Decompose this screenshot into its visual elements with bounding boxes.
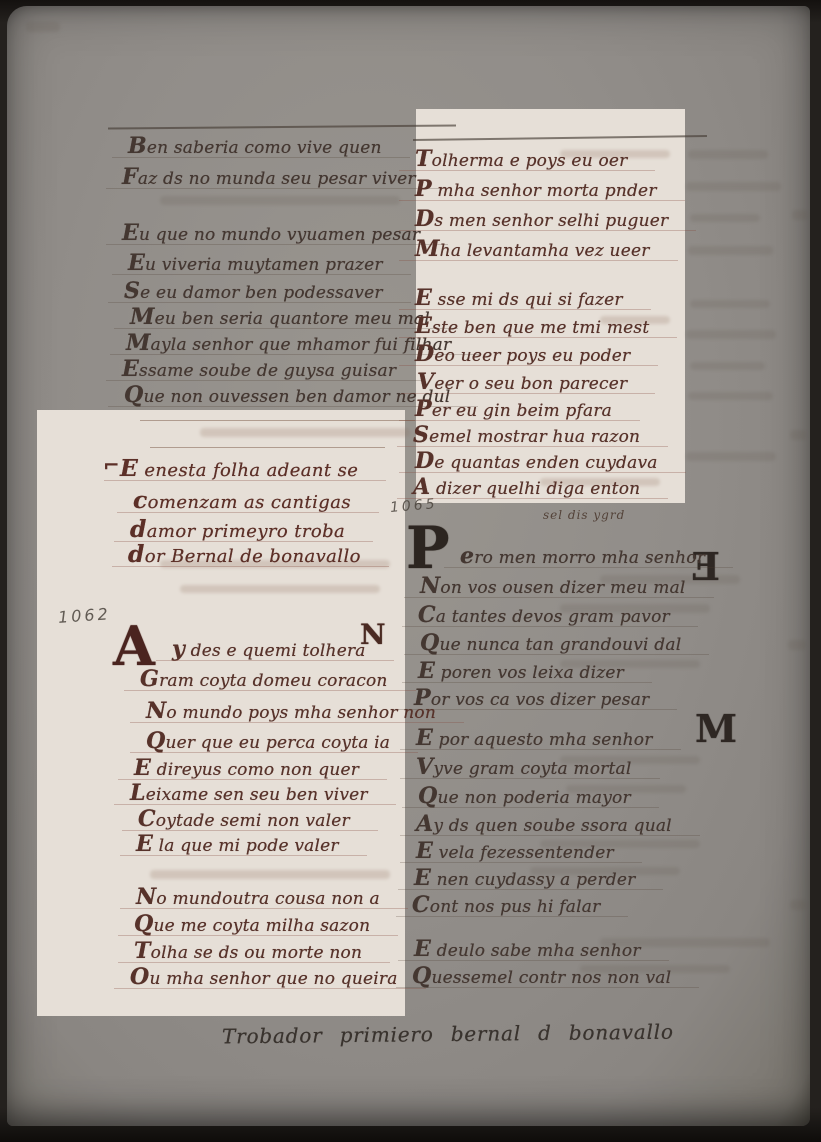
verse-line: E la que mi pode valer: [136, 831, 339, 857]
show-through-mark: [690, 362, 765, 370]
verse-line: Por vos ca vos dizer pesar: [414, 685, 649, 711]
verse-line: y des e quemi tolhera: [172, 636, 366, 662]
verse-line: Mayla senhor que mhamor fui filhar: [126, 330, 451, 356]
show-through-mark: [160, 196, 400, 205]
manuscript-photo: Ben saberia como vive quen Faz ds no mun…: [0, 0, 821, 1142]
rubric-line: E enesta folha adeant se: [120, 454, 358, 482]
verse-line: Non vos ousen dizer meu mal: [420, 573, 686, 599]
verse-line: Ben saberia como vive quen: [128, 133, 382, 159]
verse-line: Tolherma e poys eu oer: [415, 146, 627, 172]
verse-line: Se eu damor ben podessaver: [124, 278, 383, 304]
show-through-mark: [180, 585, 380, 593]
verse-line: Que non poderia mayor: [418, 783, 631, 809]
verse-line: Eu viveria muytamen prazer: [128, 250, 383, 276]
verse-line: Quer que eu perca coyta ia: [146, 728, 390, 754]
verse-line: De quantas enden cuydava: [415, 448, 658, 474]
verse-line: Eu que no mundo vyuamen pesar: [122, 220, 420, 246]
show-through-mark: [686, 330, 776, 339]
verse-line: Este ben que me tmi mest: [415, 313, 649, 339]
guide-letter-m: M: [695, 706, 737, 751]
show-through-mark: [686, 182, 781, 191]
marginal-number-1062: 1062: [57, 604, 111, 627]
verse-line: Que non ouvessen ben damor ne dul: [124, 382, 450, 408]
show-through-mark: [26, 22, 60, 32]
verse-line: E por aquesto mha senhor: [416, 725, 653, 751]
verse-line: E direyus como non quer: [134, 755, 359, 781]
rubric-line: damor primeyro troba: [130, 515, 345, 543]
verse-line: Que me coyta milha sazon: [134, 911, 370, 937]
verse-line: Leixame sen seu ben viver: [130, 780, 368, 806]
verse-line: Que nunca tan grandouvi dal: [420, 630, 681, 656]
ruling-line: [108, 124, 456, 129]
verse-line: Mha levantamha vez ueer: [415, 236, 650, 262]
verse-line: E sse mi ds qui si fazer: [415, 285, 623, 311]
paragraph-mark: ⌐: [103, 453, 120, 477]
verse-line: E poren vos leixa dizer: [418, 658, 624, 684]
verse-line: No mundoutra cousa non a: [136, 884, 380, 910]
verse-line: E deulo sabe mha senhor: [414, 936, 641, 962]
verse-line: Ds men senhor selhi puguer: [415, 206, 668, 232]
show-through-mark: [792, 210, 808, 220]
verse-line: Deo ueer poys eu poder: [415, 341, 630, 367]
verse-line: E nen cuydassy a perder: [414, 865, 635, 891]
verse-line: Per eu gin beim pfara: [415, 396, 612, 422]
bottom-annotation: Trobador primiero bernal d bonavallo: [222, 1020, 674, 1049]
verse-line: Essame soube de guysa guisar: [122, 356, 396, 382]
verse-line: Ca tantes devos gram pavor: [418, 602, 670, 628]
verse-line: ero men morro mha senhor: [460, 543, 705, 569]
manuscript-page: Ben saberia como vive quen Faz ds no mun…: [7, 6, 810, 1126]
show-through-mark: [690, 300, 770, 308]
show-through-mark: [788, 640, 806, 650]
verse-line: Gram coyta domeu coracon: [140, 666, 388, 692]
ruling-line: [140, 420, 415, 421]
verse-line: E vela fezessentender: [416, 838, 614, 864]
show-through-mark: [688, 150, 768, 159]
rubric-line: comenzam as cantigas: [133, 486, 351, 514]
verse-line: Veer o seu bon parecer: [417, 369, 627, 395]
verse-line: Ay ds quen soube ssora qual: [416, 811, 672, 837]
show-through-mark: [790, 430, 806, 440]
verse-line: Meu ben seria quantore meu mal: [130, 304, 430, 330]
verse-line: Ou mha senhor que no queira: [130, 964, 398, 990]
show-through-mark: [150, 870, 390, 879]
verse-line: Cont nos pus hi falar: [412, 892, 600, 918]
verse-line: Coytade semi non valer: [138, 806, 350, 832]
show-through-mark: [790, 900, 806, 910]
show-through-mark: [200, 428, 410, 437]
verse-line: Semel mostrar hua razon: [413, 422, 640, 448]
drop-cap-a: A: [113, 622, 155, 671]
ruling-line: [150, 447, 385, 448]
show-through-mark: [688, 392, 773, 400]
verse-line: Faz ds no munda seu pesar viver: [122, 164, 416, 190]
verse-line: Quessemel contr nos non val: [412, 963, 671, 989]
verse-line: Vyve gram coyta mortal: [416, 754, 632, 780]
verse-line: P mha senhor morta pnder: [415, 176, 657, 202]
verse-line: No mundo poys mha senhor non: [146, 698, 436, 724]
scribal-note: sel dis ygrd: [543, 508, 625, 522]
verse-line: Tolha se ds ou morte non: [134, 938, 362, 964]
show-through-mark: [688, 246, 773, 255]
verse-line: A dizer quelhi diga enton: [413, 474, 640, 500]
show-through-mark: [690, 214, 760, 222]
show-through-mark: [686, 452, 776, 461]
rubric-line: dor Bernal de bonavallo: [128, 540, 361, 568]
